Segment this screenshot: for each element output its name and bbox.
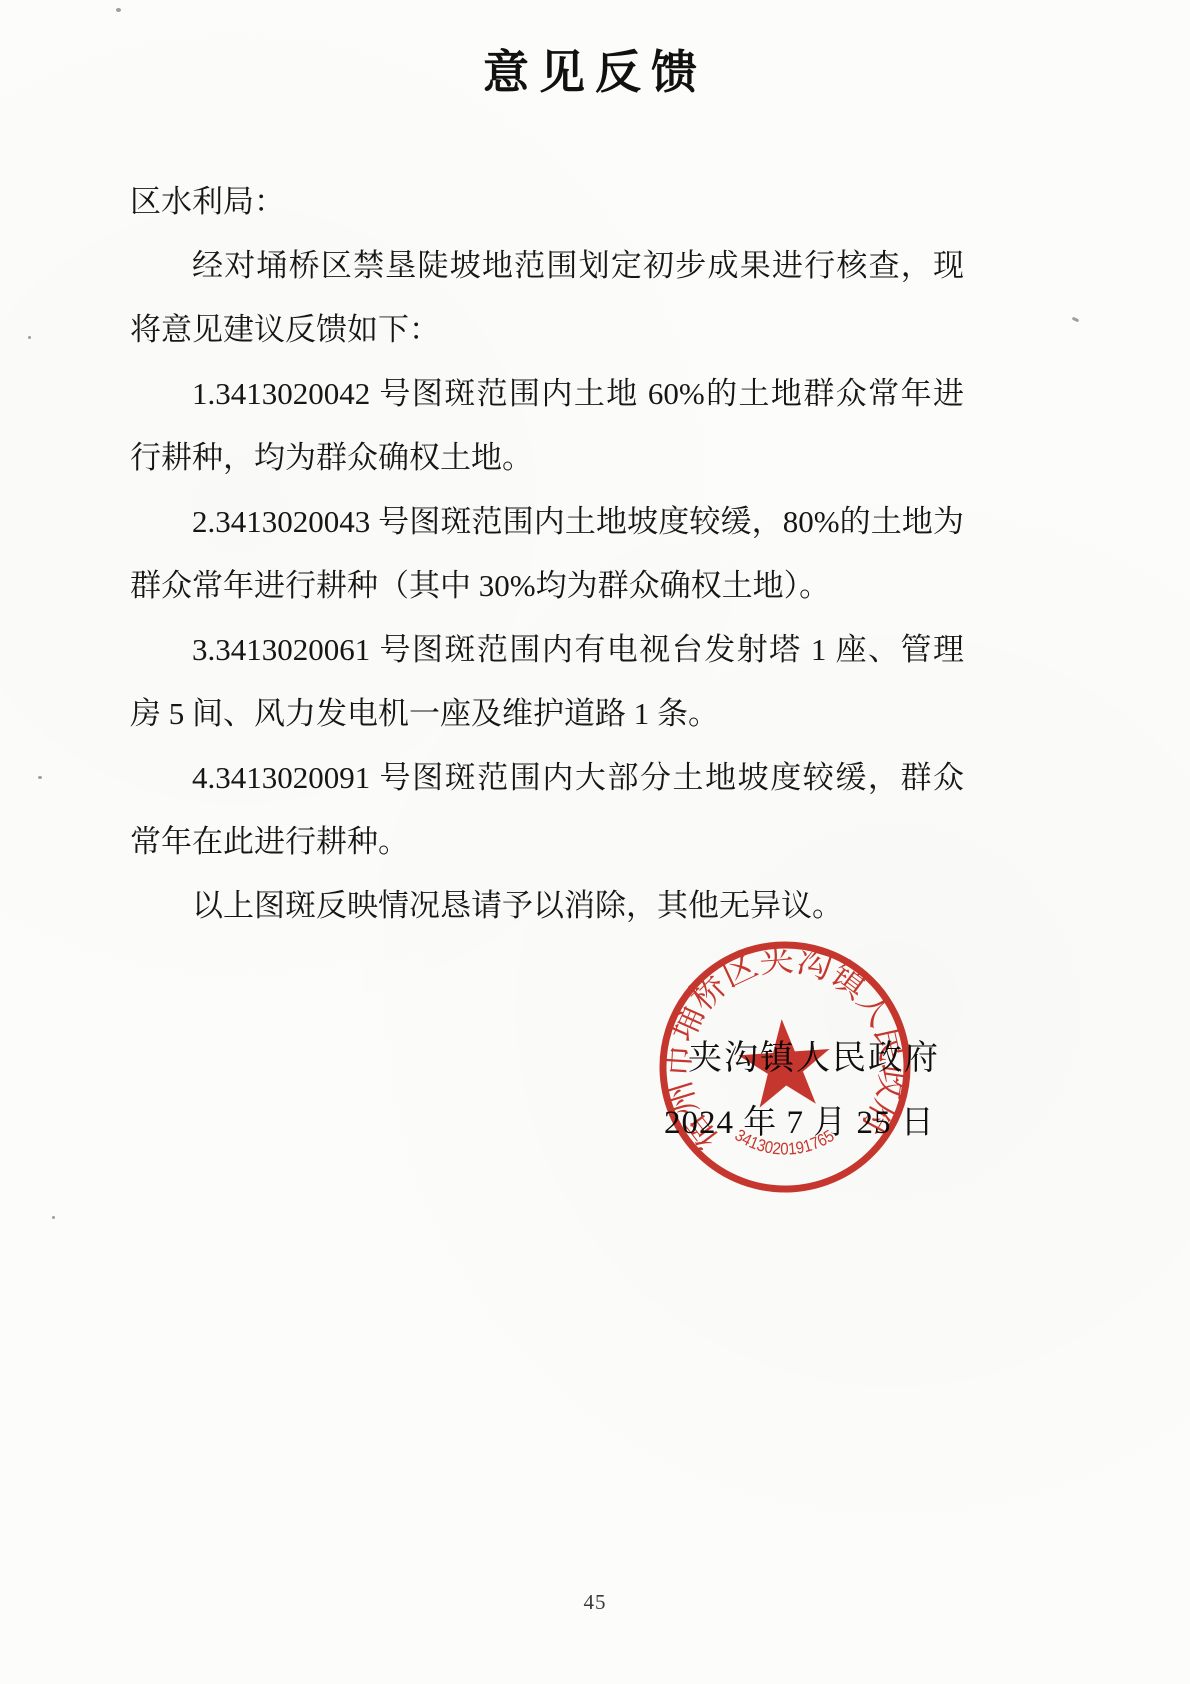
document-title: 意见反馈 [0, 36, 1190, 102]
paragraph: 2.3413020043 号图斑范围内土地坡度较缓，80%的土地为群众常年进行耕… [130, 490, 964, 618]
paragraph: 以上图斑反映情况恳请予以消除，其他无异议。 [130, 874, 964, 938]
signature-date: 2024 年 7 月 25 日 [664, 1096, 935, 1143]
page-number: 45 [0, 1590, 1190, 1615]
letter-body: 区水利局： 经对埇桥区禁垦陡坡地范围划定初步成果进行核查，现将意见建议反馈如下：… [0, 170, 1190, 938]
signature-organization: 夹沟镇人民政府 [688, 1030, 940, 1079]
paragraph: 4.3413020091 号图斑范围内大部分土地坡度较缓，群众常年在此进行耕种。 [130, 746, 964, 874]
scan-speck [116, 8, 121, 12]
paragraph: 3.3413020061 号图斑范围内有电视台发射塔 1 座、管理房 5 间、风… [130, 618, 964, 746]
scan-speck [52, 1216, 55, 1219]
salutation: 区水利局： [130, 170, 964, 234]
scanned-document-page: { "page": { "title": "意见反馈", "page_numbe… [0, 0, 1190, 1684]
paragraph: 1.3413020042 号图斑范围内土地 60%的土地群众常年进行耕种，均为群… [130, 362, 964, 490]
paragraph: 经对埇桥区禁垦陡坡地范围划定初步成果进行核查，现将意见建议反馈如下： [130, 234, 964, 362]
